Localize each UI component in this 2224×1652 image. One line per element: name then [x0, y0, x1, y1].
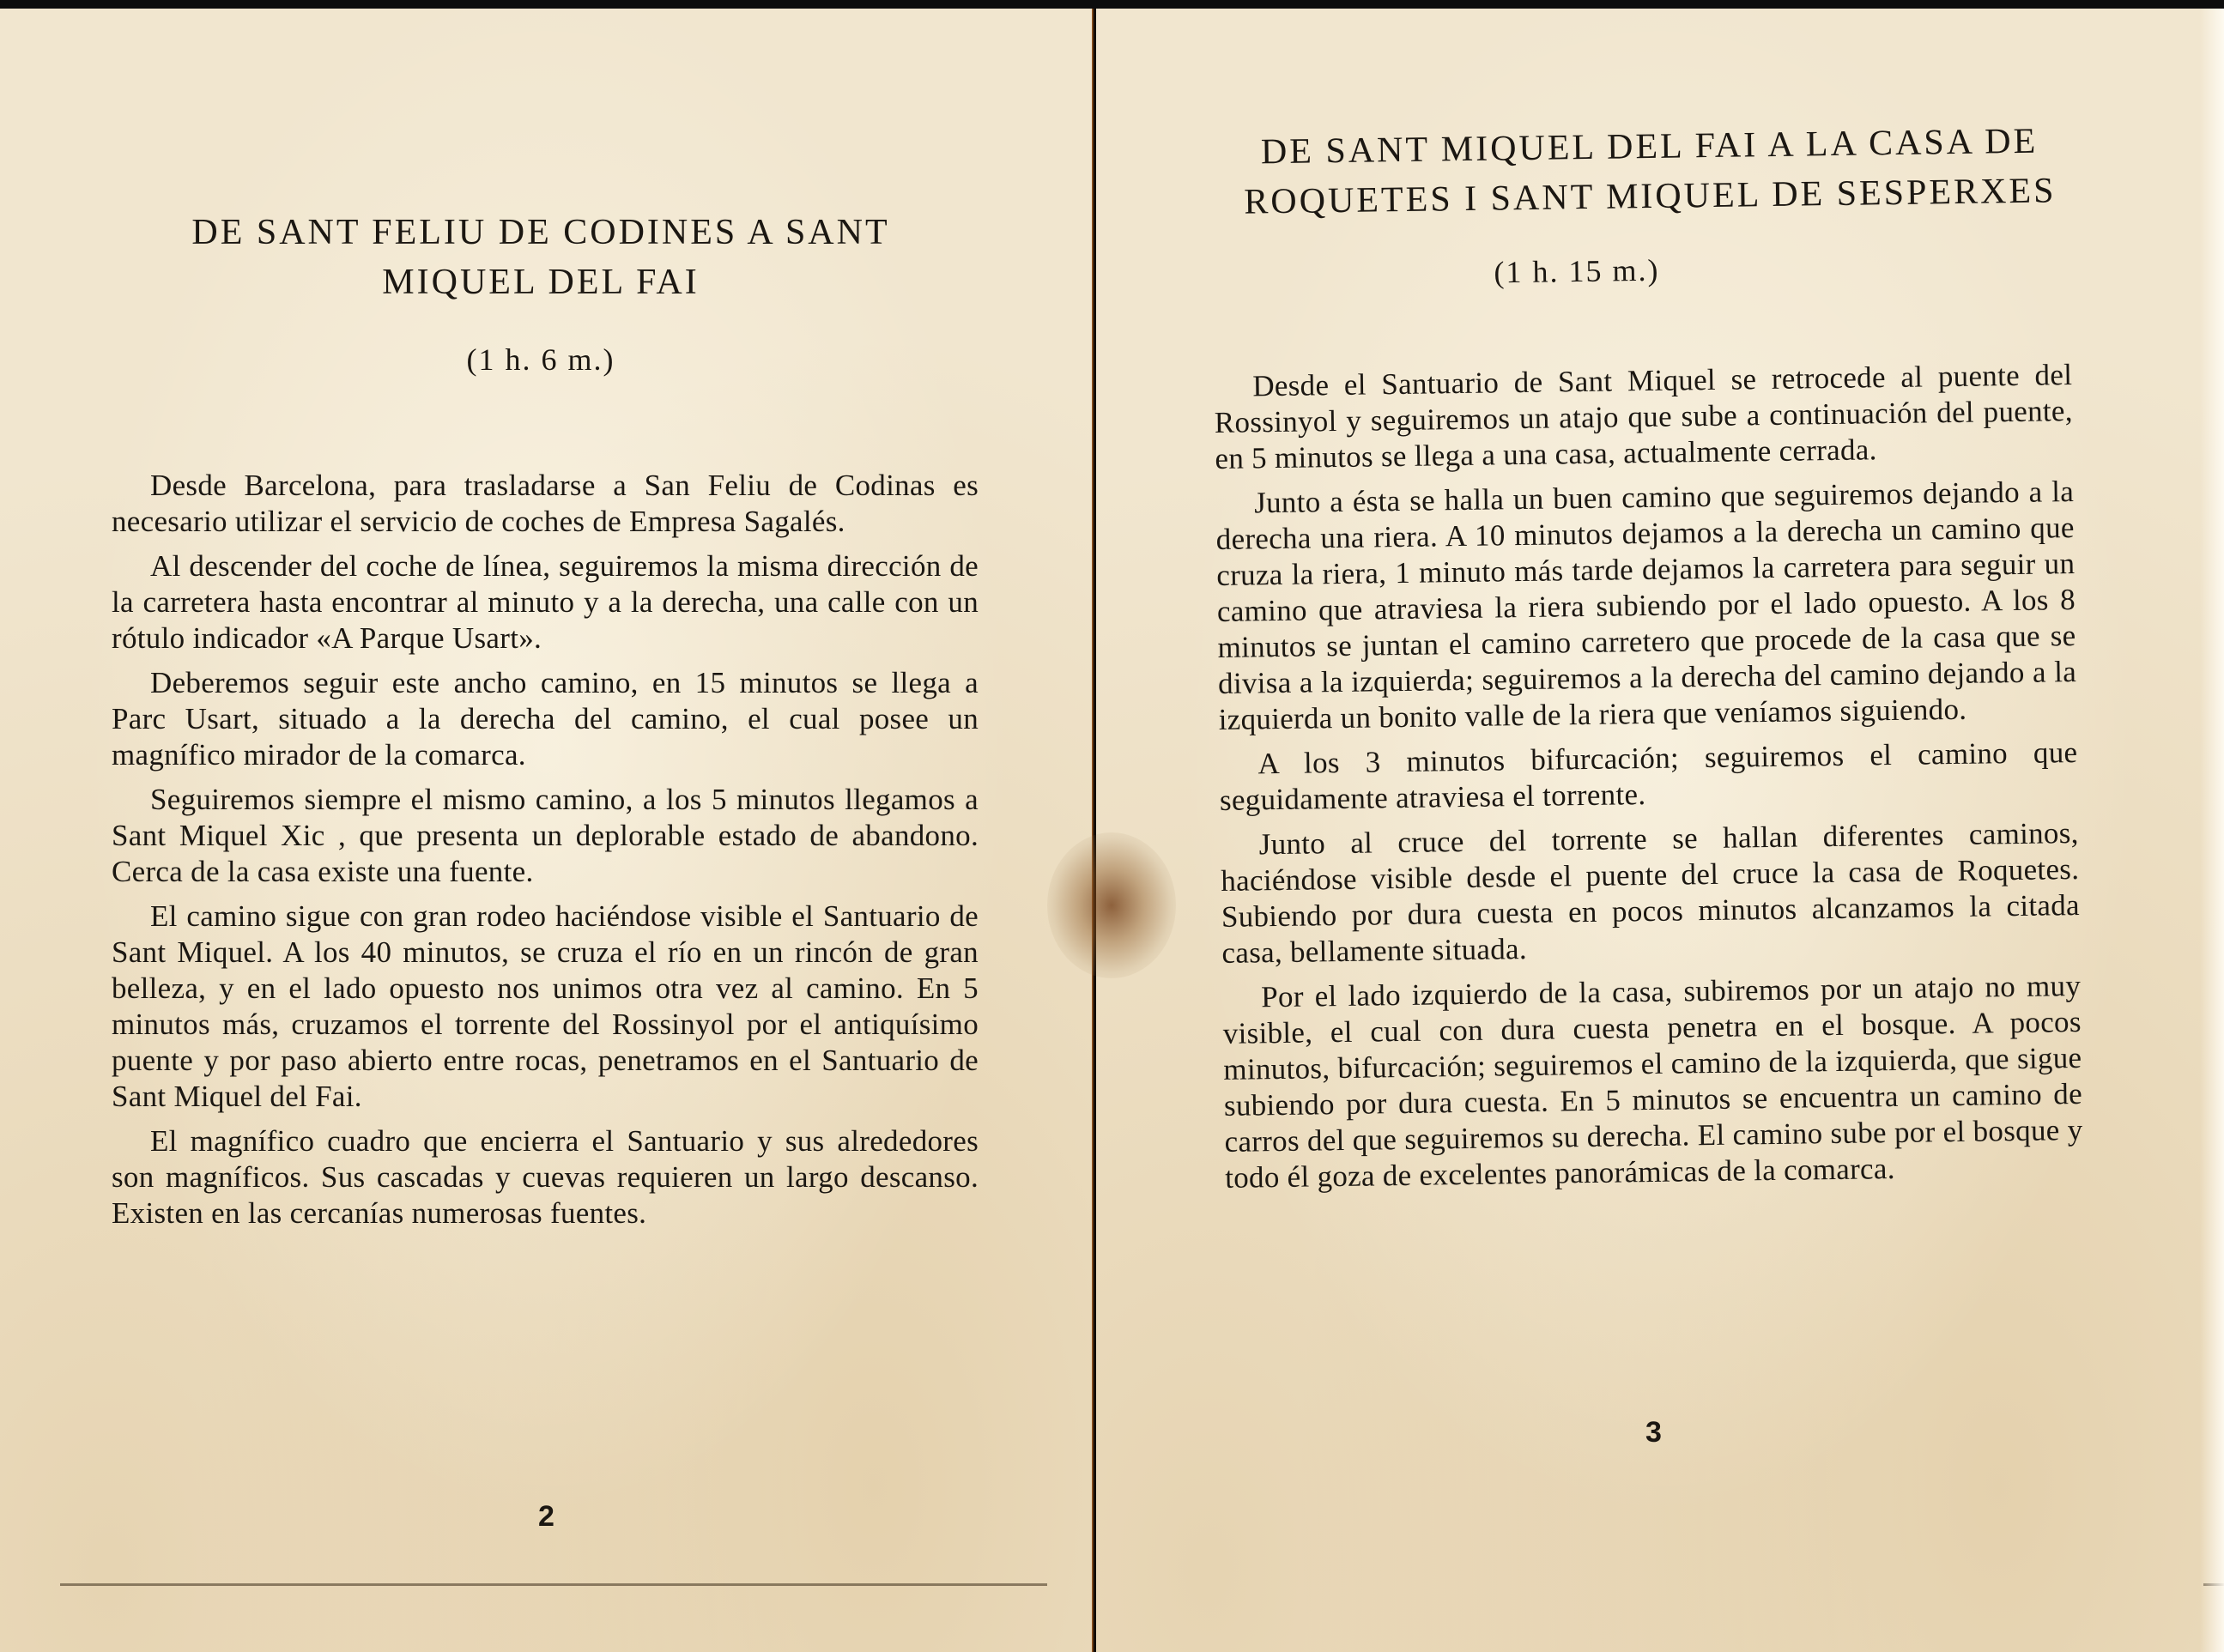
page-edge [2200, 9, 2224, 1652]
left-page: DE SANT FELIU DE CODINES A SANT MIQUEL D… [0, 9, 1093, 1652]
paragraph: El magnífico cuadro que encierra el Sant… [112, 1123, 979, 1231]
paragraph: Junto a ésta se halla un buen camino que… [1215, 474, 2077, 738]
route-description: Desde el Santuario de Sant Miquel se ret… [1214, 357, 2084, 1205]
route-heading: DE SANT FELIU DE CODINES A SANT MIQUEL D… [163, 208, 918, 307]
paragraph: Desde Barcelona, para trasladarse a San … [112, 468, 979, 540]
paper-fold-line [60, 1583, 1047, 1586]
paragraph: Deberemos seguir este ancho camino, en 1… [112, 665, 979, 773]
paragraph: A los 3 minutos bifurcación; seguiremos … [1219, 735, 2078, 819]
paragraph: El camino sigue con gran rodeo haciéndos… [112, 899, 979, 1115]
page-number: 3 [1645, 1416, 1662, 1449]
paragraph: Por el lado izquierdo de la casa, subire… [1222, 968, 2083, 1196]
route-duration: (1 h. 15 m.) [1397, 251, 1758, 292]
paragraph: Junto al cruce del torrente se hallan di… [1220, 815, 2080, 971]
page-number: 2 [538, 1500, 554, 1534]
water-stain [1047, 832, 1176, 978]
booklet-spread: DE SANT FELIU DE CODINES A SANT MIQUEL D… [0, 9, 2224, 1652]
right-page: DE SANT MIQUEL DEL FAI A LA CASA DE ROQU… [1096, 9, 2224, 1652]
paragraph: Al descender del coche de línea, seguire… [112, 548, 979, 657]
route-duration: (1 h. 6 m.) [361, 342, 721, 378]
paragraph: Desde el Santuario de Sant Miquel se ret… [1214, 357, 2074, 477]
paragraph: Seguiremos siempre el mismo camino, a lo… [112, 782, 979, 890]
route-heading: DE SANT MIQUEL DEL FAI A LA CASA DE ROQU… [1198, 116, 2101, 228]
route-description: Desde Barcelona, para trasladarse a San … [112, 468, 979, 1240]
